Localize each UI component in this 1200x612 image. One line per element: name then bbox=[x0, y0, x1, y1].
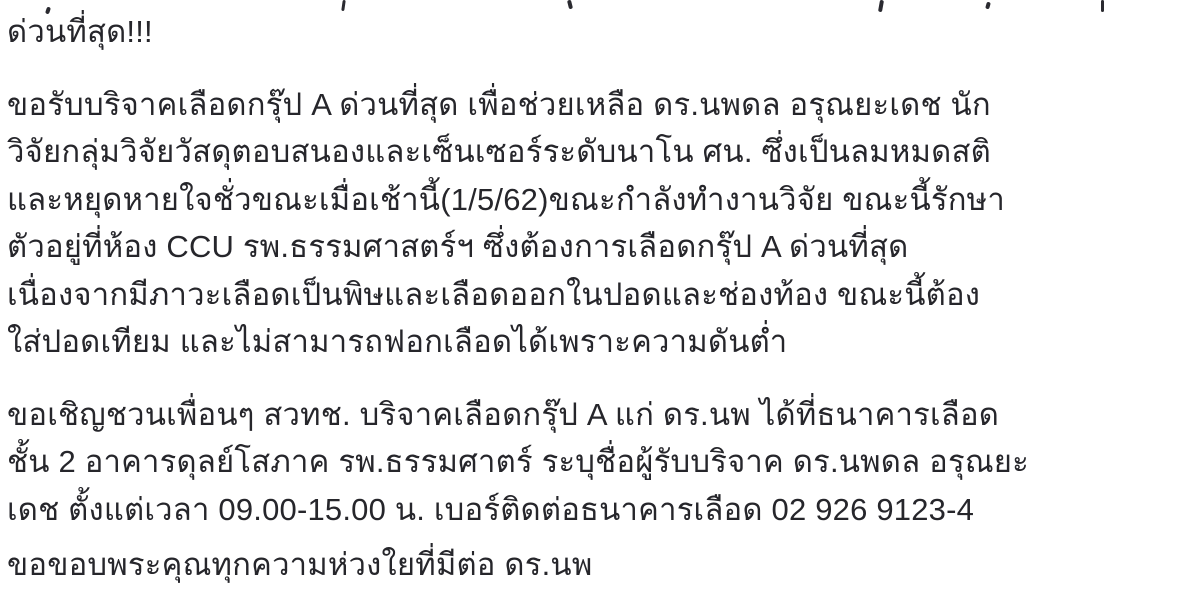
request-details-line: วิจัยกลุ่มวิจัยวัสดุตอบสนองและเซ็นเซอร์ร… bbox=[7, 128, 1200, 176]
document-page: ด่วนที่สุด!!! ขอรับบริจาคเลือดกรุ๊ป A ด่… bbox=[0, 0, 1200, 612]
donation-instructions-line: ชั้น 2 อาคารดุลย์โสภาค รพ.ธรรมศาตร์ ระบุ… bbox=[7, 438, 1200, 486]
paragraph-urgent-headline: ด่วนที่สุด!!! bbox=[7, 8, 1200, 56]
post-text-block: ด่วนที่สุด!!! ขอรับบริจาคเลือดกรุ๊ป A ด่… bbox=[7, 8, 1200, 589]
request-details-line: ขอรับบริจาคเลือดกรุ๊ป A ด่วนที่สุด เพื่อ… bbox=[7, 81, 1200, 129]
donation-instructions-line: เดช ตั้งแต่เวลา 09.00-15.00 น. เบอร์ติดต… bbox=[7, 486, 1200, 534]
paragraph-donation-instructions: ขอเชิญชวนเพื่อนๆ สวทช. บริจาคเลือดกรุ๊ป … bbox=[7, 391, 1200, 534]
request-details-line: เนื่องจากมีภาวะเลือดเป็นพิษและเลือดออกใน… bbox=[7, 271, 1200, 319]
request-details-line: และหยุดหายใจชั่วขณะเมื่อเช้านี้(1/5/62)ข… bbox=[7, 176, 1200, 224]
request-details-line: ใส่ปอดเทียม และไม่สามารถฟอกเลือดได้เพราะ… bbox=[7, 318, 1200, 366]
paragraph-request-details: ขอรับบริจาคเลือดกรุ๊ป A ด่วนที่สุด เพื่อ… bbox=[7, 81, 1200, 366]
urgent-headline-line: ด่วนที่สุด!!! bbox=[7, 8, 1200, 56]
thank-you-line: ขอขอบพระคุณทุกความห่วงใยที่มีต่อ ดร.นพ bbox=[7, 541, 1200, 589]
request-details-line: ตัวอยู่ที่ห้อง CCU รพ.ธรรมศาสตร์ฯ ซึ่งต้… bbox=[7, 223, 1200, 271]
donation-instructions-line: ขอเชิญชวนเพื่อนๆ สวทช. บริจาคเลือดกรุ๊ป … bbox=[7, 391, 1200, 439]
paragraph-thank-you: ขอขอบพระคุณทุกความห่วงใยที่มีต่อ ดร.นพ bbox=[7, 541, 1200, 589]
